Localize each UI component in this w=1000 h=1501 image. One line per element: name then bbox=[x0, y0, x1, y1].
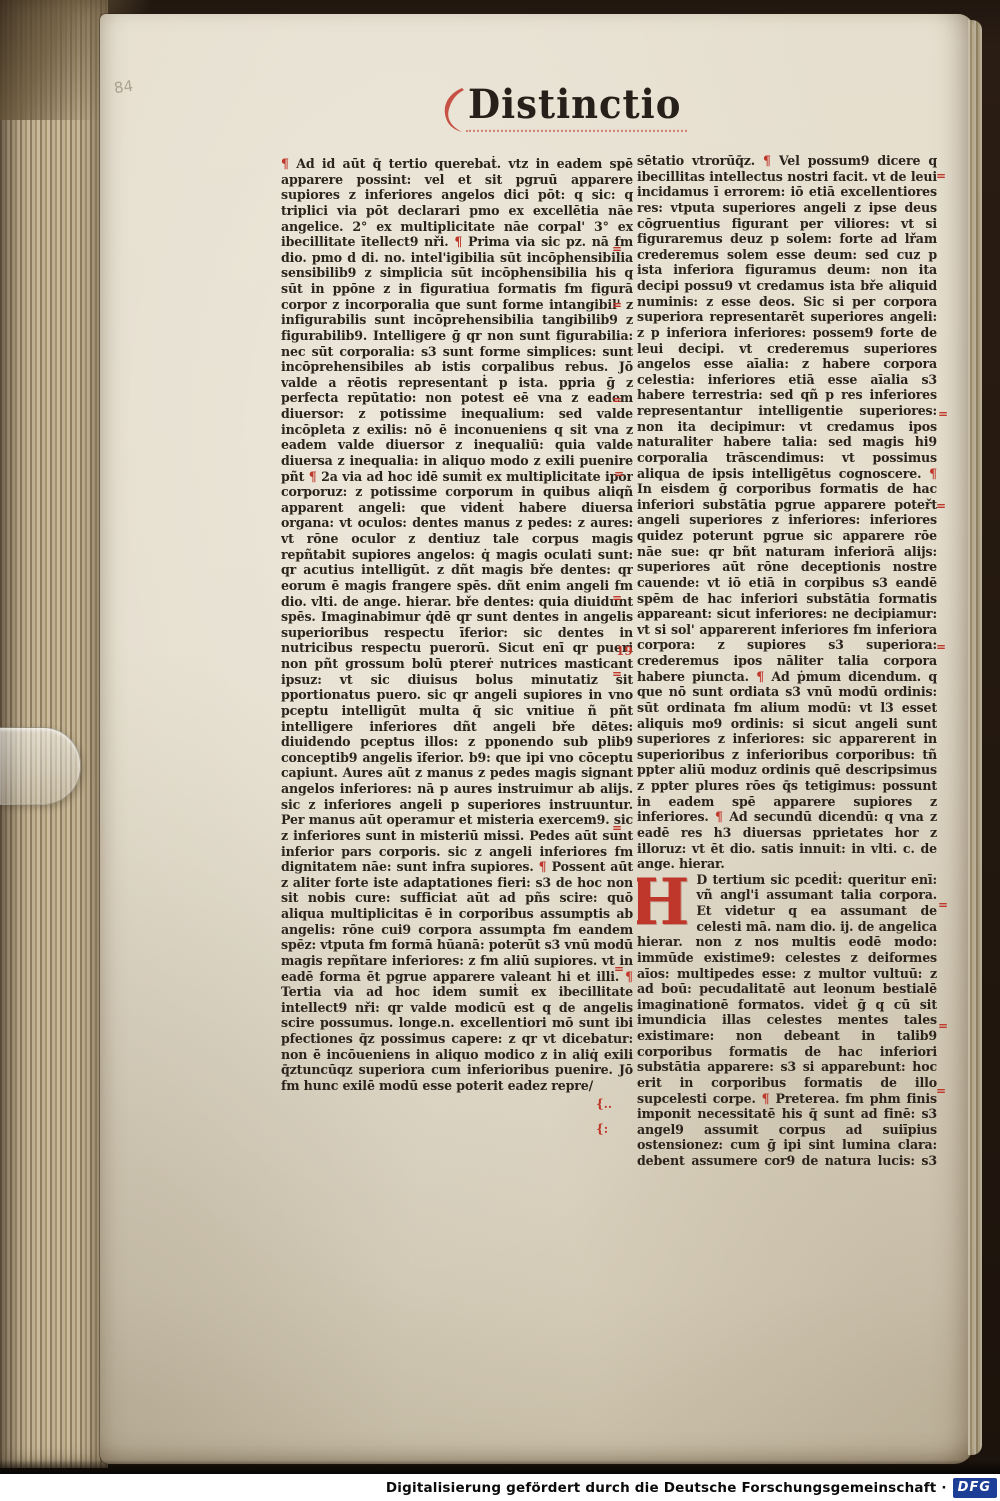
rubric-margin-mark: {.. bbox=[596, 1098, 612, 1110]
rubric-margin-mark: = bbox=[936, 170, 946, 182]
right-column-part2: HD tertium sic pcediṫ: queritur enī: vñ … bbox=[637, 872, 937, 1171]
page-holder-clip bbox=[0, 727, 81, 805]
rubric-margin-mark: = bbox=[614, 963, 624, 975]
page-title: Distinctio bbox=[466, 80, 687, 132]
rubric-margin-mark: = bbox=[938, 408, 948, 420]
rubric-margin-mark: = bbox=[612, 299, 622, 311]
rubric-initial-H: H bbox=[637, 877, 689, 929]
page-bottom-shadow bbox=[0, 1460, 1000, 1474]
rubric-margin-mark: = bbox=[936, 500, 946, 512]
rubric-margin-mark: {: bbox=[596, 1123, 608, 1135]
book-scan-photo: 84 Distinctio ¶ Ad id aūt q̄ tertio quer… bbox=[0, 0, 1000, 1501]
digitization-credit-text: Digitalisierung gefördert durch die Deut… bbox=[386, 1480, 947, 1496]
dfg-logo: DFG bbox=[953, 1478, 997, 1498]
rubric-margin-mark: = bbox=[612, 243, 622, 255]
rubric-margin-mark: = bbox=[612, 394, 622, 406]
pencil-folio-number: 84 bbox=[113, 77, 134, 97]
page-header: Distinctio bbox=[440, 82, 800, 138]
rubric-flourish-icon bbox=[440, 86, 466, 138]
rubric-margin-mark: = bbox=[614, 468, 624, 480]
text-column-left: ¶ Ad id aūt q̄ tertio querebaṫ. vtz in e… bbox=[281, 156, 633, 1170]
rubric-margin-mark: = bbox=[936, 641, 946, 653]
rubric-margin-mark: = bbox=[936, 1085, 946, 1097]
right-column-part1: sētatio vtrorūq̄z. ¶ Vel possum9 dicere … bbox=[637, 153, 937, 872]
rubric-margin-mark: = bbox=[938, 1020, 948, 1032]
rubric-margin-mark: 19 bbox=[616, 645, 633, 657]
text-column-right: sētatio vtrorūq̄z. ¶ Vel possum9 dicere … bbox=[637, 153, 937, 1171]
right-page-edges bbox=[968, 20, 982, 1455]
rubric-margin-mark: = bbox=[938, 899, 948, 911]
rubric-margin-mark: = bbox=[612, 592, 622, 604]
rubric-margin-mark: = bbox=[612, 668, 622, 680]
digitization-footer-bar: Digitalisierung gefördert durch die Deut… bbox=[0, 1474, 1000, 1501]
rubric-margin-mark: = bbox=[612, 822, 622, 834]
